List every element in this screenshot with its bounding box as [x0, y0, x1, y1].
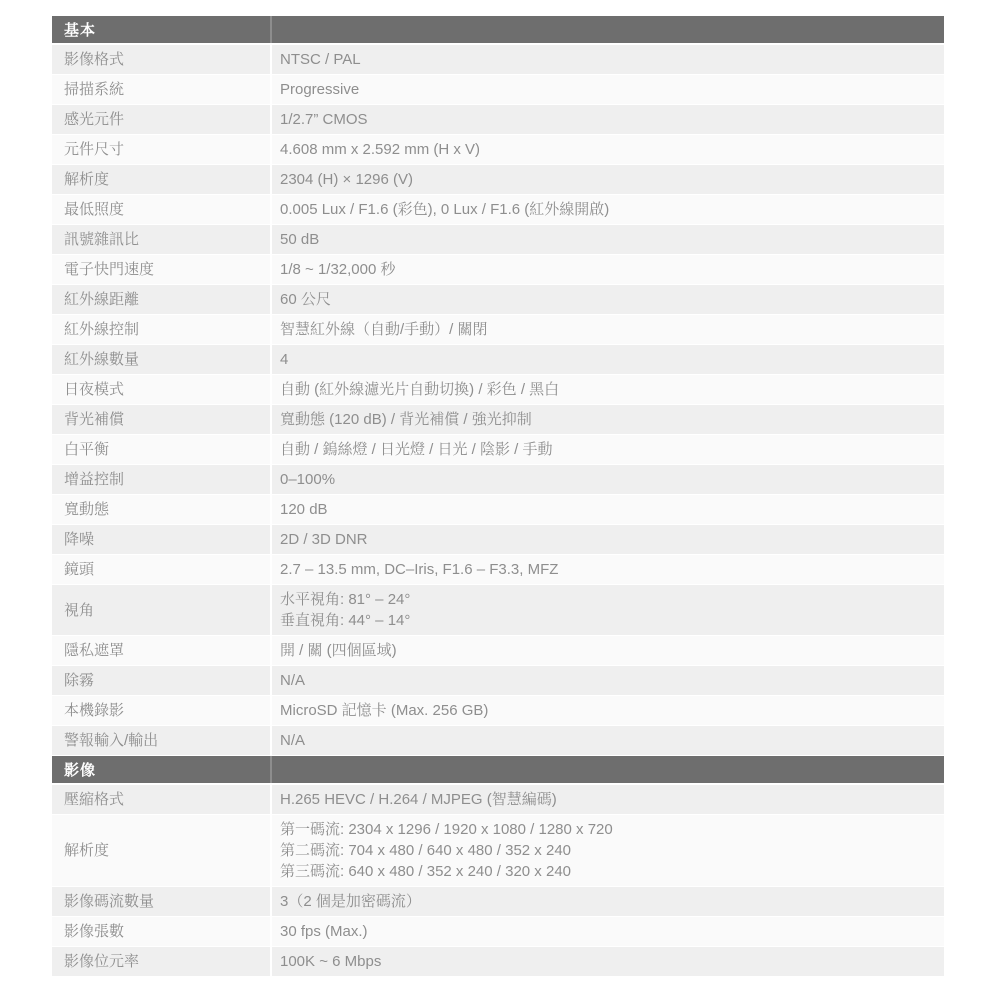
spec-value-line: 3（2 個是加密碼流） [280, 891, 934, 912]
spec-value: 60 公尺 [270, 285, 944, 314]
spec-value-line: 自動 / 鎢絲燈 / 日光燈 / 日光 / 陰影 / 手動 [280, 439, 934, 460]
spec-label: 影像碼流數量 [52, 887, 270, 916]
spec-label: 紅外線數量 [52, 345, 270, 374]
section-header: 影像 [52, 756, 944, 785]
spec-row: 掃描系統Progressive [52, 75, 944, 105]
spec-table: 基本影像格式NTSC / PAL掃描系統Progressive感光元件1/2.7… [52, 16, 944, 977]
spec-value-line: 第二碼流: 704 x 480 / 640 x 480 / 352 x 240 [280, 840, 934, 861]
spec-value: 開 / 關 (四個區域) [270, 636, 944, 665]
spec-row: 影像碼流數量3（2 個是加密碼流） [52, 887, 944, 917]
spec-value-line: 第三碼流: 640 x 480 / 352 x 240 / 320 x 240 [280, 861, 934, 882]
spec-value: 第一碼流: 2304 x 1296 / 1920 x 1080 / 1280 x… [270, 815, 944, 886]
spec-value-line: 4.608 mm x 2.592 mm (H x V) [280, 139, 934, 160]
spec-row: 影像格式NTSC / PAL [52, 45, 944, 75]
spec-row: 日夜模式自動 (紅外線濾光片自動切換) / 彩色 / 黑白 [52, 375, 944, 405]
spec-value-line: 智慧紅外線（自動/手動）/ 關閉 [280, 319, 934, 340]
spec-row: 隱私遮罩開 / 關 (四個區域) [52, 636, 944, 666]
spec-value-line: 100K ~ 6 Mbps [280, 951, 934, 972]
spec-value: MicroSD 記憶卡 (Max. 256 GB) [270, 696, 944, 725]
spec-row: 最低照度0.005 Lux / F1.6 (彩色), 0 Lux / F1.6 … [52, 195, 944, 225]
spec-value-line: 垂直視角: 44° – 14° [280, 610, 934, 631]
spec-label: 掃描系統 [52, 75, 270, 104]
spec-value: 1/2.7” CMOS [270, 105, 944, 134]
spec-value: 2D / 3D DNR [270, 525, 944, 554]
spec-value-line: 寬動態 (120 dB) / 背光補償 / 強光抑制 [280, 409, 934, 430]
spec-value-line: 水平視角: 81° – 24° [280, 589, 934, 610]
spec-label: 鏡頭 [52, 555, 270, 584]
spec-value-line: 2304 (H) × 1296 (V) [280, 169, 934, 190]
spec-value: 水平視角: 81° – 24°垂直視角: 44° – 14° [270, 585, 944, 635]
spec-row: 解析度2304 (H) × 1296 (V) [52, 165, 944, 195]
spec-value-line: 4 [280, 349, 934, 370]
spec-value-line: 0–100% [280, 469, 934, 490]
spec-label: 除霧 [52, 666, 270, 695]
spec-row: 元件尺寸4.608 mm x 2.592 mm (H x V) [52, 135, 944, 165]
spec-row: 影像張數30 fps (Max.) [52, 917, 944, 947]
spec-label: 增益控制 [52, 465, 270, 494]
spec-value-line: H.265 HEVC / H.264 / MJPEG (智慧編碼) [280, 789, 934, 810]
spec-label: 影像格式 [52, 45, 270, 74]
spec-value: H.265 HEVC / H.264 / MJPEG (智慧編碼) [270, 785, 944, 814]
spec-value-line: 50 dB [280, 229, 934, 250]
spec-row: 寬動態120 dB [52, 495, 944, 525]
spec-label: 壓縮格式 [52, 785, 270, 814]
spec-row: 視角水平視角: 81° – 24°垂直視角: 44° – 14° [52, 585, 944, 636]
spec-value-line: 2D / 3D DNR [280, 529, 934, 550]
spec-value-line: MicroSD 記憶卡 (Max. 256 GB) [280, 700, 934, 721]
section-title: 基本 [52, 16, 270, 43]
section-header-filler [270, 16, 944, 43]
spec-label: 電子快門速度 [52, 255, 270, 284]
spec-row: 解析度第一碼流: 2304 x 1296 / 1920 x 1080 / 128… [52, 815, 944, 887]
spec-label: 解析度 [52, 815, 270, 886]
spec-label: 訊號雜訊比 [52, 225, 270, 254]
spec-value: Progressive [270, 75, 944, 104]
spec-value: 0–100% [270, 465, 944, 494]
spec-row: 電子快門速度1/8 ~ 1/32,000 秒 [52, 255, 944, 285]
spec-label: 紅外線控制 [52, 315, 270, 344]
spec-value-line: Progressive [280, 79, 934, 100]
spec-value: 1/8 ~ 1/32,000 秒 [270, 255, 944, 284]
spec-value: N/A [270, 666, 944, 695]
spec-value: 30 fps (Max.) [270, 917, 944, 946]
spec-row: 訊號雜訊比50 dB [52, 225, 944, 255]
section-title: 影像 [52, 756, 270, 783]
section-header-filler [270, 756, 944, 783]
spec-value: 2304 (H) × 1296 (V) [270, 165, 944, 194]
spec-value-line: 120 dB [280, 499, 934, 520]
spec-value: NTSC / PAL [270, 45, 944, 74]
spec-value: 寬動態 (120 dB) / 背光補償 / 強光抑制 [270, 405, 944, 434]
spec-value: 0.005 Lux / F1.6 (彩色), 0 Lux / F1.6 (紅外線… [270, 195, 944, 224]
spec-value: 50 dB [270, 225, 944, 254]
spec-row: 感光元件1/2.7” CMOS [52, 105, 944, 135]
spec-value-line: 自動 (紅外線濾光片自動切換) / 彩色 / 黑白 [280, 379, 934, 400]
spec-value: 自動 (紅外線濾光片自動切換) / 彩色 / 黑白 [270, 375, 944, 404]
spec-label: 視角 [52, 585, 270, 635]
spec-row: 除霧N/A [52, 666, 944, 696]
spec-label: 寬動態 [52, 495, 270, 524]
spec-label: 影像張數 [52, 917, 270, 946]
spec-sheet-page: 基本影像格式NTSC / PAL掃描系統Progressive感光元件1/2.7… [0, 0, 1000, 1000]
spec-row: 壓縮格式H.265 HEVC / H.264 / MJPEG (智慧編碼) [52, 785, 944, 815]
spec-value: 自動 / 鎢絲燈 / 日光燈 / 日光 / 陰影 / 手動 [270, 435, 944, 464]
spec-row: 白平衡自動 / 鎢絲燈 / 日光燈 / 日光 / 陰影 / 手動 [52, 435, 944, 465]
spec-value: 120 dB [270, 495, 944, 524]
spec-label: 降噪 [52, 525, 270, 554]
spec-value: 2.7 – 13.5 mm, DC–Iris, F1.6 – F3.3, MFZ [270, 555, 944, 584]
spec-label: 背光補償 [52, 405, 270, 434]
spec-row: 背光補償寬動態 (120 dB) / 背光補償 / 強光抑制 [52, 405, 944, 435]
spec-label: 解析度 [52, 165, 270, 194]
spec-value-line: 開 / 關 (四個區域) [280, 640, 934, 661]
spec-value-line: 2.7 – 13.5 mm, DC–Iris, F1.6 – F3.3, MFZ [280, 559, 934, 580]
spec-label: 隱私遮罩 [52, 636, 270, 665]
spec-row: 鏡頭2.7 – 13.5 mm, DC–Iris, F1.6 – F3.3, M… [52, 555, 944, 585]
spec-label: 警報輸入/輸出 [52, 726, 270, 755]
spec-row: 紅外線控制智慧紅外線（自動/手動）/ 關閉 [52, 315, 944, 345]
spec-value: 3（2 個是加密碼流） [270, 887, 944, 916]
spec-row: 紅外線距離60 公尺 [52, 285, 944, 315]
spec-value-line: 第一碼流: 2304 x 1296 / 1920 x 1080 / 1280 x… [280, 819, 934, 840]
spec-label: 白平衡 [52, 435, 270, 464]
spec-value: N/A [270, 726, 944, 755]
spec-value-line: 1/2.7” CMOS [280, 109, 934, 130]
spec-value-line: 0.005 Lux / F1.6 (彩色), 0 Lux / F1.6 (紅外線… [280, 199, 934, 220]
spec-value: 4.608 mm x 2.592 mm (H x V) [270, 135, 944, 164]
spec-row: 增益控制0–100% [52, 465, 944, 495]
spec-row: 降噪2D / 3D DNR [52, 525, 944, 555]
spec-value: 100K ~ 6 Mbps [270, 947, 944, 976]
spec-row: 影像位元率100K ~ 6 Mbps [52, 947, 944, 977]
spec-value-line: N/A [280, 670, 934, 691]
spec-row: 警報輸入/輸出N/A [52, 726, 944, 756]
spec-value-line: NTSC / PAL [280, 49, 934, 70]
spec-label: 影像位元率 [52, 947, 270, 976]
spec-row: 本機錄影MicroSD 記憶卡 (Max. 256 GB) [52, 696, 944, 726]
spec-value-line: 60 公尺 [280, 289, 934, 310]
spec-label: 紅外線距離 [52, 285, 270, 314]
spec-label: 本機錄影 [52, 696, 270, 725]
spec-label: 日夜模式 [52, 375, 270, 404]
spec-value: 智慧紅外線（自動/手動）/ 關閉 [270, 315, 944, 344]
spec-value-line: 1/8 ~ 1/32,000 秒 [280, 259, 934, 280]
spec-value: 4 [270, 345, 944, 374]
section-header: 基本 [52, 16, 944, 45]
spec-label: 感光元件 [52, 105, 270, 134]
spec-label: 元件尺寸 [52, 135, 270, 164]
spec-label: 最低照度 [52, 195, 270, 224]
spec-value-line: N/A [280, 730, 934, 751]
spec-row: 紅外線數量4 [52, 345, 944, 375]
spec-value-line: 30 fps (Max.) [280, 921, 934, 942]
